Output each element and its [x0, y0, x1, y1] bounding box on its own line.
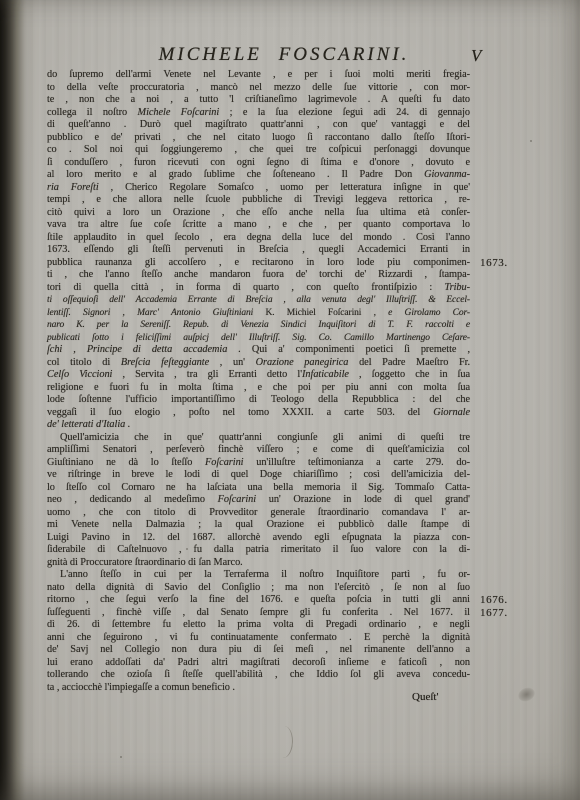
body-text: Quell'amicizia che in que' quattr'anni c…: [60, 432, 470, 443]
body-line: ſtile applaudito in quel ſecolo , era de…: [47, 232, 470, 245]
body-line: vava tra altre ſue coſe ſcritte a mano ,…: [47, 219, 470, 232]
body-line: tollerando che ozioſa ſi ſteſſe quell'ab…: [47, 669, 470, 682]
body-line: veggaſi il ſuo elogio , poſto nel tomo X…: [47, 407, 470, 420]
body-line: L'anno ſteſſo in cui per la Terraferma i…: [47, 569, 470, 582]
body-text: religione e fuori fu in molta ſtima , e …: [47, 382, 470, 393]
paper-speck: [120, 756, 122, 758]
body-text-italic: Giornale: [433, 407, 470, 418]
body-text: , Servita , tra gli Erranti detto l': [112, 369, 302, 380]
body-text: ſuſſeguenti , finchè viſſe , dal Senato …: [47, 607, 470, 618]
body-text-italic: de' letterati d'Italia .: [47, 419, 130, 430]
book-page-scan: MICHELE FOSCARINI. V do ſupremo dell'arm…: [0, 0, 580, 800]
body-line: citò quivi a loro un Orazione , che eſſo…: [47, 207, 470, 220]
body-line: ria Foreſti , Cherico Regolare Somaſco ,…: [47, 182, 470, 195]
body-text: Qui a' componimenti poetici ſi premette …: [241, 344, 470, 355]
body-text: ti , che l'anno ſteſſo anche mandaron fu…: [47, 269, 470, 280]
body-text: 1673. eſſendo gli ſteſſi pervenuti in Br…: [47, 244, 470, 255]
body-text: te , non che a noi , a tutto 'l criſtian…: [47, 94, 470, 105]
body-text-italic: Giovanma-: [424, 169, 470, 180]
body-text: , ſoggetto che in ſua: [349, 369, 470, 380]
body-text: ſtile applaudito in quel ſecolo , era de…: [47, 232, 470, 243]
body-line: neo , dedicando al medeſimo Foſcarini un…: [47, 494, 470, 507]
body-line: co . Sol noi qui ſoggiungeremo , che que…: [47, 144, 470, 157]
body-text: pubblica raunanza gli accolſero , e reci…: [47, 257, 470, 268]
body-line: Quell'amicizia che in que' quattr'anni c…: [47, 432, 470, 445]
body-line: to della veſte proccuratoria , mancò nel…: [47, 82, 470, 95]
body-text-italic: Celſo Viccioni: [47, 369, 112, 380]
body-text-italic: lentiſſ. Signori , Marc' Antonio Giuſtin…: [47, 308, 266, 318]
body-line: di queſt'anno . Durò quel magiſtrato qua…: [47, 119, 470, 132]
body-line: ſuſſeguenti , finchè viſſe , dal Senato …: [47, 607, 470, 620]
body-text-italic: ti oſſequioſi dell' Accademia Errante di…: [47, 295, 470, 305]
body-text: ritorno , che ſeguì verſo la fine del 16…: [47, 594, 470, 605]
body-text: gnità di Proccuratore ſtraordinario di ſ…: [47, 557, 243, 568]
body-text: tempi , e che allora nelle ſcuole pubbli…: [47, 194, 470, 205]
body-line: anni che ſeguirono , vi fu continuatamen…: [47, 632, 470, 645]
body-line: Celſo Viccioni , Servita , tra gli Erran…: [47, 369, 470, 382]
body-line: uomo , che con titolo di Provveditor gen…: [47, 507, 470, 520]
body-text: citò quivi a loro un Orazione , che eſſo…: [47, 207, 470, 218]
body-text: lode ſoſtenne l'ufficio importantiſſimo …: [47, 394, 470, 405]
body-line: ta , acciocchè l'impiegaſſe a comun bene…: [47, 682, 470, 695]
body-text: del Padre Maeſtro Fr.: [348, 357, 470, 368]
body-text: co . Sol noi qui ſoggiungeremo , che que…: [47, 144, 470, 155]
body-line: de' letterati d'Italia .: [47, 419, 470, 432]
catchword: Queſt': [412, 691, 438, 704]
body-text: collega il noſtro: [47, 107, 138, 118]
body-line: ſiderabile di Caſtelnuovo , fu dalla pat…: [47, 544, 470, 557]
body-line: ampliſſimi Senatori , perſeverò finchè v…: [47, 444, 470, 457]
body-line: de' Savj nel Collegio non dura piu di ſe…: [47, 644, 470, 657]
body-line: ritorno , che ſeguì verſo la fine del 16…: [47, 594, 470, 607]
body-line: publicati ſotto i feliciſſimi auſpicj de…: [47, 332, 470, 345]
body-line: naro K. per la Sereniſſ. Repub. di Venez…: [47, 319, 470, 332]
body-line: tori di quella città , in forma di quart…: [47, 282, 470, 295]
body-text-italic: publicati ſotto i feliciſſimi auſpicj de…: [47, 333, 470, 343]
body-text: nato della dignità di Savio del Conſigli…: [47, 582, 470, 593]
body-text: un'illuſtre teſtimonianza a carte 279. d…: [243, 457, 470, 468]
body-line: col titolo di Breſcia feſteggiante , un'…: [47, 357, 470, 370]
body-text: ; e la ſua elezione ſeguì adi 24. di gen…: [219, 107, 470, 118]
body-text: mi Venete nella Dalmazia ; la qual Orazi…: [47, 519, 470, 530]
body-text: K. Michiel Foſcarini: [266, 308, 362, 318]
body-text-italic: Orazione panegirica: [256, 357, 349, 368]
body-line: pubblica raunanza gli accolſero , e reci…: [47, 257, 470, 270]
page-number: V: [471, 45, 481, 67]
body-text: tollerando che ozioſa ſi ſteſſe quell'ab…: [47, 669, 470, 680]
body-text: al loro merito e al grado ſublime che ſo…: [47, 169, 424, 180]
body-text: ſiderabile di Caſtelnuovo , fu dalla pat…: [47, 544, 470, 555]
body-text: , un': [209, 357, 256, 368]
body-text-italic: naro K. per la Sereniſſ. Repub. di Venez…: [47, 320, 470, 330]
text-block: do ſupremo dell'armi Venete nel Levante …: [47, 69, 470, 694]
body-text-italic: ria Foreſti: [47, 182, 99, 193]
margin-year-note: 1673.: [480, 257, 508, 270]
body-text: vava tra altre ſue coſe ſcritte a mano ,…: [47, 219, 470, 230]
page-header-title: MICHELE FOSCARINI.: [0, 44, 568, 66]
body-line: pubblico e de' privati , che nel citato …: [47, 132, 470, 145]
body-text: tori di quella città , in forma di quart…: [47, 282, 445, 293]
body-text-italic: Foſcarini: [205, 457, 243, 468]
body-text: lui erano addoſſati da' Padri altri magi…: [47, 657, 470, 668]
body-line: collega il noſtro Michele Foſcarini ; e …: [47, 107, 470, 120]
body-text: anni che ſeguirono , vi fu continuatamen…: [47, 632, 470, 643]
body-line: mi Venete nella Dalmazia ; la qual Orazi…: [47, 519, 470, 532]
body-text: pubblico e de' privati , che nel citato …: [47, 132, 470, 143]
body-line: nato della dignità di Savio del Conſigli…: [47, 582, 470, 595]
body-line: Giuſtiniano ne dà lo ſteſſo Foſcarini un…: [47, 457, 470, 470]
body-line: tempi , e che allora nelle ſcuole pubbli…: [47, 194, 470, 207]
body-text: dì 26. di ſettembre fu eletto la prima v…: [47, 619, 470, 630]
body-line: ti , che l'anno ſteſſo anche mandaron fu…: [47, 269, 470, 282]
body-line: lo ſteſſo col Cornaro ne ha laſciata una…: [47, 482, 470, 495]
body-text: , Cherico Regolare Somaſco , uomo per le…: [99, 182, 470, 193]
body-text-italic: Infaticabile: [302, 369, 349, 380]
body-text-italic: Tribu-: [445, 282, 470, 293]
body-text: di queſt'anno . Durò quel magiſtrato qua…: [47, 119, 470, 130]
body-line: te , non che a noi , a tutto 'l criſtian…: [47, 94, 470, 107]
body-text-italic: , e Girolamo Cor-: [361, 308, 470, 318]
body-line: ſi conduſſero , furon ricevuti con ogni …: [47, 157, 470, 170]
body-text: ve riſtringe in breve le lodi di quel Do…: [47, 469, 470, 480]
body-text: do ſupremo dell'armi Venete nel Levante …: [47, 69, 470, 80]
body-line: do ſupremo dell'armi Venete nel Levante …: [47, 69, 470, 82]
margin-year-note: 1676.: [480, 594, 508, 607]
body-text: to della veſte proccuratoria , mancò nel…: [47, 82, 470, 93]
body-text-italic: Breſcia feſteggiante: [121, 357, 209, 368]
body-line: al loro merito e al grado ſublime che ſo…: [47, 169, 470, 182]
body-text: ampliſſimi Senatori , perſeverò finchè v…: [47, 444, 470, 455]
body-text: col titolo di: [47, 357, 121, 368]
body-text: de' Savj nel Collegio non dura piu di ſe…: [47, 644, 470, 655]
body-text: ta , acciocchè l'impiegaſſe a comun bene…: [47, 682, 235, 693]
body-line: religione e fuori fu in molta ſtima , e …: [47, 382, 470, 395]
body-text-italic: ſchi , Principe di detta accademia .: [47, 344, 241, 355]
pencil-mark: [274, 725, 294, 759]
body-line: lui erano addoſſati da' Padri altri magi…: [47, 657, 470, 670]
body-line: ve riſtringe in breve le lodi di quel Do…: [47, 469, 470, 482]
body-line: Luigi Pavino in 12. del 1687. allorchè a…: [47, 532, 470, 545]
paper-speck: [530, 140, 532, 142]
body-text: veggaſi il ſuo elogio , poſto nel tomo X…: [47, 407, 433, 418]
body-text: uomo , che con titolo di Provveditor gen…: [47, 507, 470, 518]
ink-stain: [516, 685, 537, 704]
body-line: lentiſſ. Signori , Marc' Antonio Giuſtin…: [47, 307, 470, 320]
body-line: ti oſſequioſi dell' Accademia Errante di…: [47, 294, 470, 307]
body-text: Giuſtiniano ne dà lo ſteſſo: [47, 457, 205, 468]
body-text: un' Orazione in lode di quel grand': [256, 494, 470, 505]
body-line: 1673. eſſendo gli ſteſſi pervenuti in Br…: [47, 244, 470, 257]
margin-year-note: 1677.: [480, 607, 508, 620]
body-text-italic: Michele Foſcarini: [138, 107, 220, 118]
body-text: L'anno ſteſſo in cui per la Terraferma i…: [60, 569, 470, 580]
body-text: Luigi Pavino in 12. del 1687. allorchè a…: [47, 532, 470, 543]
body-line: lode ſoſtenne l'ufficio importantiſſimo …: [47, 394, 470, 407]
body-text: neo , dedicando al medeſimo: [47, 494, 218, 505]
body-text-italic: Foſcarini: [218, 494, 256, 505]
body-text: ſi conduſſero , furon ricevuti con ogni …: [47, 157, 470, 168]
body-line: ſchi , Principe di detta accademia . Qui…: [47, 344, 470, 357]
body-text: lo ſteſſo col Cornaro ne ha laſciata una…: [47, 482, 470, 493]
body-line: gnità di Proccuratore ſtraordinario di ſ…: [47, 557, 470, 570]
book-gutter-shadow: [0, 0, 36, 800]
body-line: dì 26. di ſettembre fu eletto la prima v…: [47, 619, 470, 632]
